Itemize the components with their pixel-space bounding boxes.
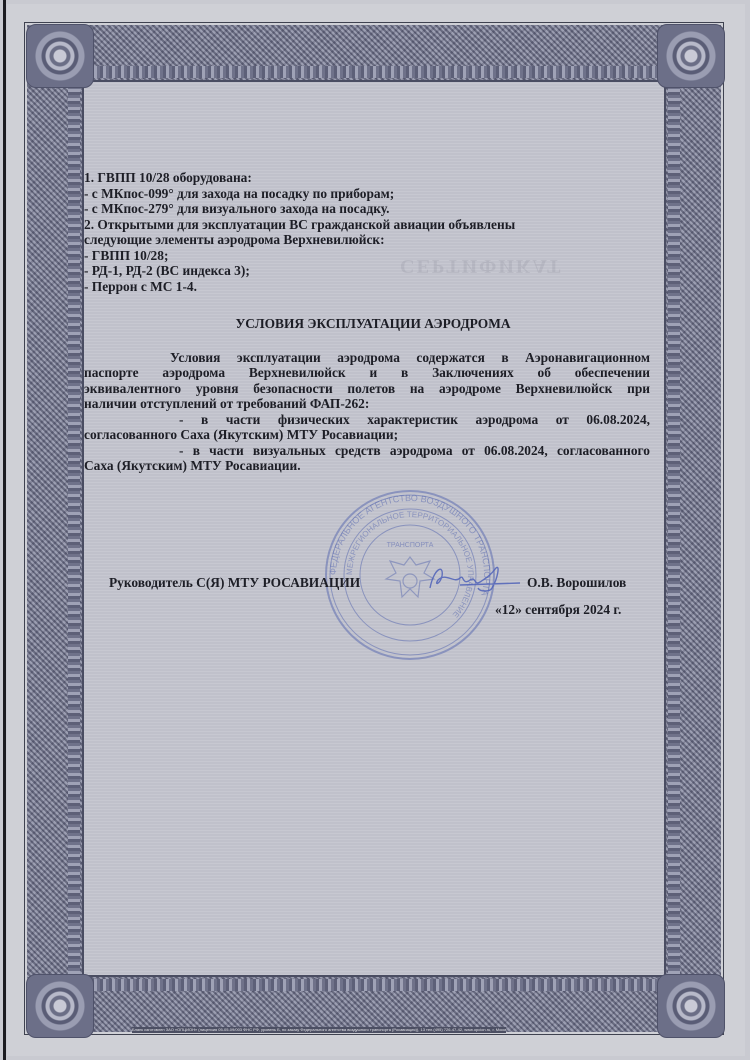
- list-item: - Перрон с МС 1-4.: [84, 279, 650, 295]
- paragraph-line: паспорте аэродрома Верхневилюйск и в Зак…: [84, 365, 650, 381]
- rosette-icon: [26, 24, 94, 88]
- list-item: - с МКпос-279° для визуального захода на…: [84, 201, 650, 217]
- signatory-role: Руководитель С(Я) МТУ РОСАВИАЦИИ: [109, 575, 360, 591]
- paragraph-line: Условия эксплуатации аэродрома содержатс…: [84, 350, 650, 366]
- scan-edge: [3, 0, 6, 1060]
- list-item: - с МКпос-099° для захода на посадку по …: [84, 186, 650, 202]
- border-band-top: [82, 66, 666, 78]
- border-band-right: [668, 80, 680, 977]
- list-item: - ГВПП 10/28;: [84, 248, 650, 264]
- list-item: - РД-1, РД-2 (ВС индекса 3);: [84, 263, 650, 279]
- sub-item-line: - в части физических характеристик аэрод…: [84, 412, 650, 428]
- document-date: «12» сентября 2024 г.: [495, 602, 621, 618]
- border-band-left: [68, 80, 80, 977]
- paragraph-line: наличии отступлений от требований ФАП-26…: [84, 396, 650, 412]
- rosette-icon: [26, 974, 94, 1038]
- rosette-icon: [657, 974, 725, 1038]
- document-content: 1. ГВПП 10/28 оборудована: - с МКпос-099…: [84, 170, 650, 474]
- paragraph-line: эквивалентного уровня безопасности полет…: [84, 381, 650, 397]
- list-item: следующие элементы аэродрома Верхневилюй…: [84, 232, 650, 248]
- list-item: 1. ГВПП 10/28 оборудована:: [84, 170, 650, 186]
- section-title: УСЛОВИЯ ЭКСПЛУАТАЦИИ АЭРОДРОМА: [84, 316, 650, 332]
- rosette-icon: [657, 24, 725, 88]
- sub-item-line: Саха (Якутским) МТУ Росавиации.: [84, 458, 650, 474]
- sub-item-line: - в части визуальных средств аэродрома о…: [84, 443, 650, 459]
- conditions-paragraph: Условия эксплуатации аэродрома содержатс…: [84, 350, 650, 474]
- signatory-name: О.В. Ворошилов: [527, 575, 626, 591]
- sub-item-line: согласованного Саха (Якутским) МТУ Росав…: [84, 427, 650, 443]
- border-band-bottom: [82, 979, 666, 991]
- svg-text:ТРАНСПОРТА: ТРАНСПОРТА: [387, 542, 434, 549]
- handwritten-signature: [420, 558, 530, 598]
- printer-imprint: Бланк изготовлен ЗАО «ОПЦИОН» (лицензия …: [132, 1027, 506, 1033]
- list-item: 2. Открытыми для эксплуатации ВС граждан…: [84, 217, 650, 233]
